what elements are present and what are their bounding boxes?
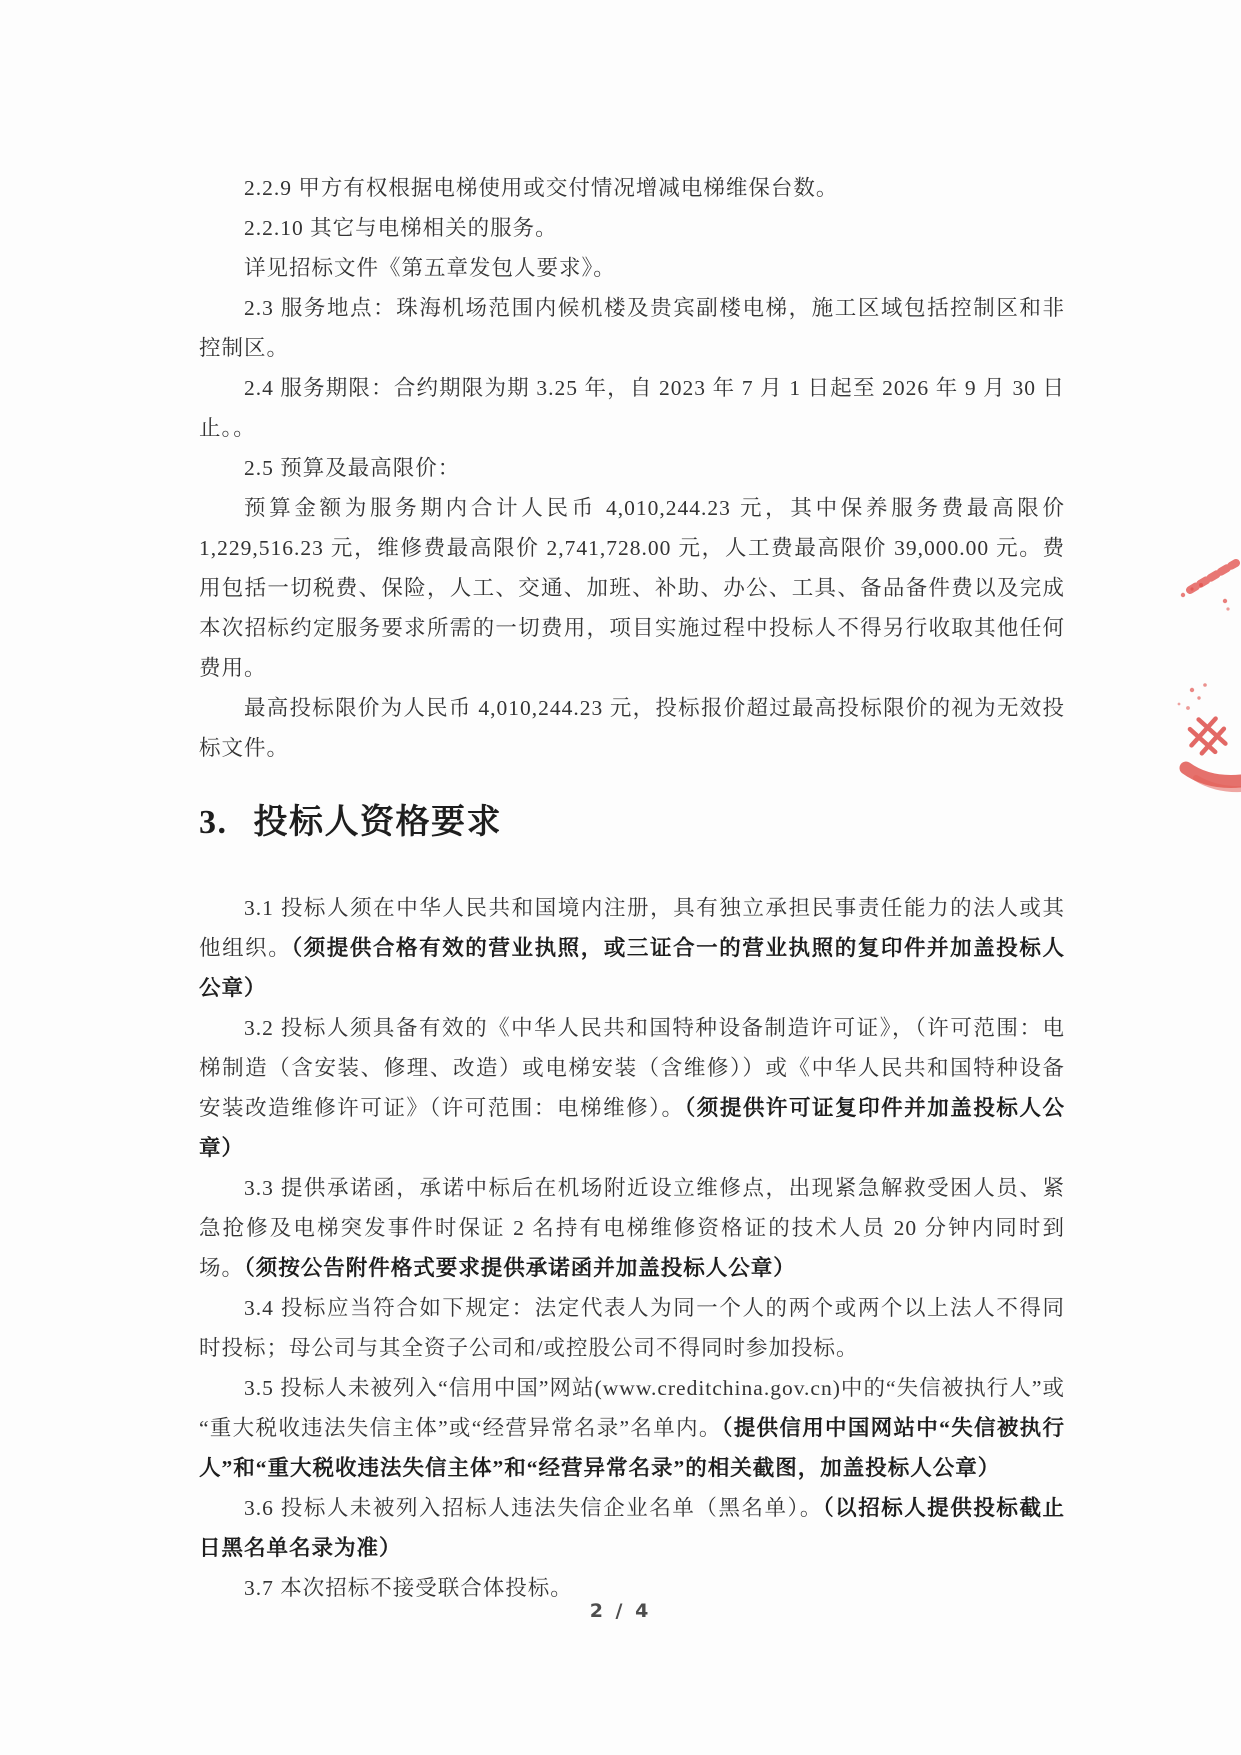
page-number-indicator: 2 / 4 bbox=[0, 1600, 1241, 1622]
clause-2-2-9: 2.2.9 甲方有权根据电梯使用或交付情况增减电梯维保台数。 bbox=[199, 168, 1065, 208]
clause-3-5: 3.5 投标人未被列入“信用中国”网站(www.creditchina.gov.… bbox=[199, 1368, 1065, 1488]
text-segment: 最高投标限价为人民币 4,010,244.23 元，投标报价超过最高投标限价的视… bbox=[199, 696, 1065, 760]
text-segment: 2.2.10 其它与电梯相关的服务。 bbox=[244, 216, 558, 240]
clause-3-3: 3.3 提供承诺函，承诺中标后在机场附近设立维修点，出现紧急解救受困人员、紧急抢… bbox=[199, 1168, 1065, 1288]
clause-2-5-budget-title: 2.5 预算及最高限价： bbox=[199, 448, 1065, 488]
text-segment: 2.3 服务地点：珠海机场范围内候机楼及贵宾副楼电梯，施工区域包括控制区和非控制… bbox=[199, 296, 1065, 360]
clause-3-4: 3.4 投标应当符合如下规定：法定代表人为同一个人的两个或两个以上法人不得同时投… bbox=[199, 1288, 1065, 1368]
text-segment: （须按公告附件格式要求提供承诺函并加盖投标人公章） bbox=[244, 1256, 796, 1280]
text-segment: 3. bbox=[199, 804, 228, 841]
clause-2-4-service-period: 2.4 服务期限：合约期限为期 3.25 年，自 2023 年 7 月 1 日起… bbox=[199, 368, 1065, 448]
text-segment: 2.4 服务期限：合约期限为期 3.25 年，自 2023 年 7 月 1 日起… bbox=[199, 376, 1065, 440]
text-segment: 3.7 本次招标不接受联合体投标。 bbox=[244, 1576, 573, 1600]
section-3-heading: 3.投标人资格要求 bbox=[199, 798, 1065, 848]
document-body: 2.2.9 甲方有权根据电梯使用或交付情况增减电梯维保台数。2.2.10 其它与… bbox=[199, 168, 1065, 1608]
clause-2-5-budget-detail: 预算金额为服务期内合计人民币 4,010,244.23 元，其中保养服务费最高限… bbox=[199, 488, 1065, 688]
document-page: 2.2.9 甲方有权根据电梯使用或交付情况增减电梯维保台数。2.2.10 其它与… bbox=[0, 0, 1241, 1755]
red-seal-fragment-icon bbox=[1148, 538, 1241, 798]
clause-2-2-10: 2.2.10 其它与电梯相关的服务。 bbox=[199, 208, 1065, 248]
text-segment: 3.6 投标人未被列入招标人违法失信企业名单（黑名单）。 bbox=[244, 1496, 823, 1520]
clause-3-1: 3.1 投标人须在中华人民共和国境内注册，具有独立承担民事责任能力的法人或其他组… bbox=[199, 888, 1065, 1008]
text-segment: 3.4 投标应当符合如下规定：法定代表人为同一个人的两个或两个以上法人不得同时投… bbox=[199, 1296, 1065, 1360]
text-segment: 预算金额为服务期内合计人民币 4,010,244.23 元，其中保养服务费最高限… bbox=[199, 496, 1065, 680]
clause-2-3-service-location: 2.3 服务地点：珠海机场范围内候机楼及贵宾副楼电梯，施工区域包括控制区和非控制… bbox=[199, 288, 1065, 368]
clause-3-2: 3.2 投标人须具备有效的《中华人民共和国特种设备制造许可证》，（许可范围：电梯… bbox=[199, 1008, 1065, 1168]
clause-ref-chapter5: 详见招标文件《第五章发包人要求》。 bbox=[199, 248, 1065, 288]
clause-3-6: 3.6 投标人未被列入招标人违法失信企业名单（黑名单）。（以招标人提供投标截止日… bbox=[199, 1488, 1065, 1568]
clause-2-5-max-bid-price: 最高投标限价为人民币 4,010,244.23 元，投标报价超过最高投标限价的视… bbox=[199, 688, 1065, 768]
text-segment: 投标人资格要求 bbox=[254, 804, 503, 841]
text-segment: （须提供合格有效的营业执照，或三证合一的营业执照的复印件并加盖投标人公章） bbox=[199, 936, 1065, 1000]
text-segment: 详见招标文件《第五章发包人要求》。 bbox=[244, 256, 616, 280]
text-segment: 2.2.9 甲方有权根据电梯使用或交付情况增减电梯维保台数。 bbox=[244, 176, 838, 200]
text-segment: 2.5 预算及最高限价： bbox=[244, 456, 460, 480]
